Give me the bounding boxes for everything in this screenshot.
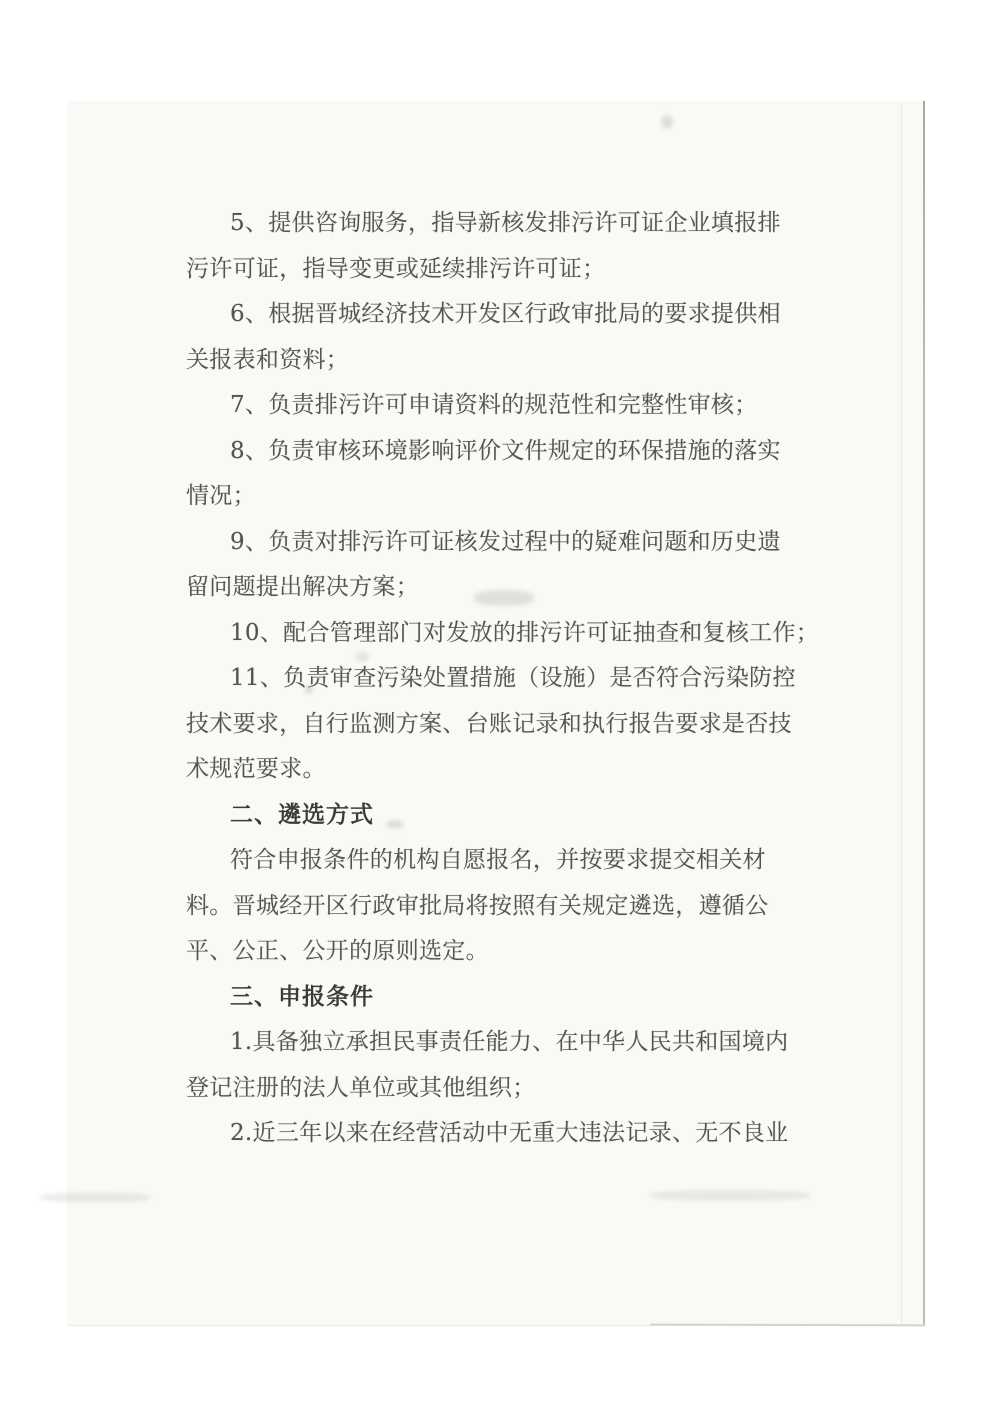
text-line: 符合申报条件的机构自愿报名，并按要求提交相关材 [186,838,846,884]
text-line-condition1: 1.具备独立承担民事责任能力、在中华人民共和国境内 [186,1020,846,1066]
text-line: 料。晋城经开区行政审批局将按照有关规定遴选，遵循公 [186,884,846,930]
text-line-item11: 11、负责审查污染处置措施（设施）是否符合污染防控 [186,656,846,702]
text-line: 技术要求，自行监测方案、台账记录和执行报告要求是否技 [186,702,846,748]
scan-artifact [40,1193,150,1202]
text-line: 登记注册的法人单位或其他组织； [186,1066,846,1112]
text-line: 情况； [186,474,846,520]
text-line: 术规范要求。 [186,747,846,793]
text-line-item5: 5、提供咨询服务，指导新核发排污许可证企业填报排 [186,201,846,247]
section-heading-application-conditions: 三、申报条件 [186,975,846,1021]
section-heading-selection-method: 二、遴选方式 [186,793,846,839]
text-line: 关报表和资料； [186,338,846,384]
scan-edge-line [923,101,925,401]
text-line-item6: 6、根据晋城经济技术开发区行政审批局的要求提供相 [186,292,846,338]
document-text: 5、提供咨询服务，指导新核发排污许可证企业填报排 污许可证，指导变更或延续排污许… [186,201,846,1157]
text-line-condition2: 2.近三年以来在经营活动中无重大违法记录、无不良业 [186,1111,846,1157]
text-line-item7: 7、负责排污许可申请资料的规范性和完整性审核； [186,383,846,429]
text-line-item9: 9、负责对排污许可证核发过程中的疑难问题和历史遗 [186,520,846,566]
scan-artifact [355,652,369,662]
text-line-item8: 8、负责审核环境影响评价文件规定的环保措施的落实 [186,429,846,475]
scan-artifact [650,1190,810,1201]
text-line-item10: 10、配合管理部门对发放的排污许可证抽查和复核工作； [186,611,846,657]
text-line: 平、公正、公开的原则选定。 [186,929,846,975]
scan-artifact [661,115,673,129]
scan-artifact [474,590,534,606]
scan-artifact [386,820,404,829]
text-line: 污许可证，指导变更或延续排污许可证； [186,247,846,293]
scan-background: 5、提供咨询服务，指导新核发排污许可证企业填报排 污许可证，指导变更或延续排污许… [0,0,992,1403]
page-bottom-edge-faint [67,1325,650,1326]
scan-artifact [305,685,313,694]
page-edge-line [901,104,902,1324]
